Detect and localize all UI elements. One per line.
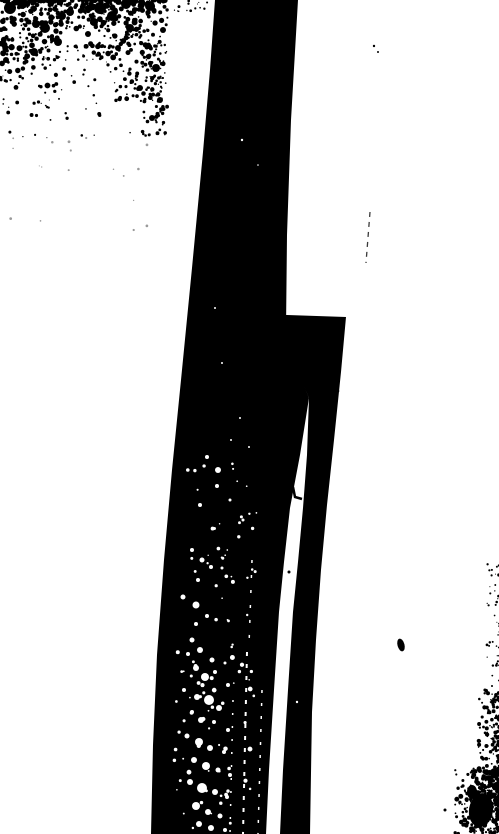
scan-figure-svg <box>0 0 499 834</box>
corner-noise-blot-2 <box>467 785 477 799</box>
scanned-photograph <box>0 0 499 834</box>
